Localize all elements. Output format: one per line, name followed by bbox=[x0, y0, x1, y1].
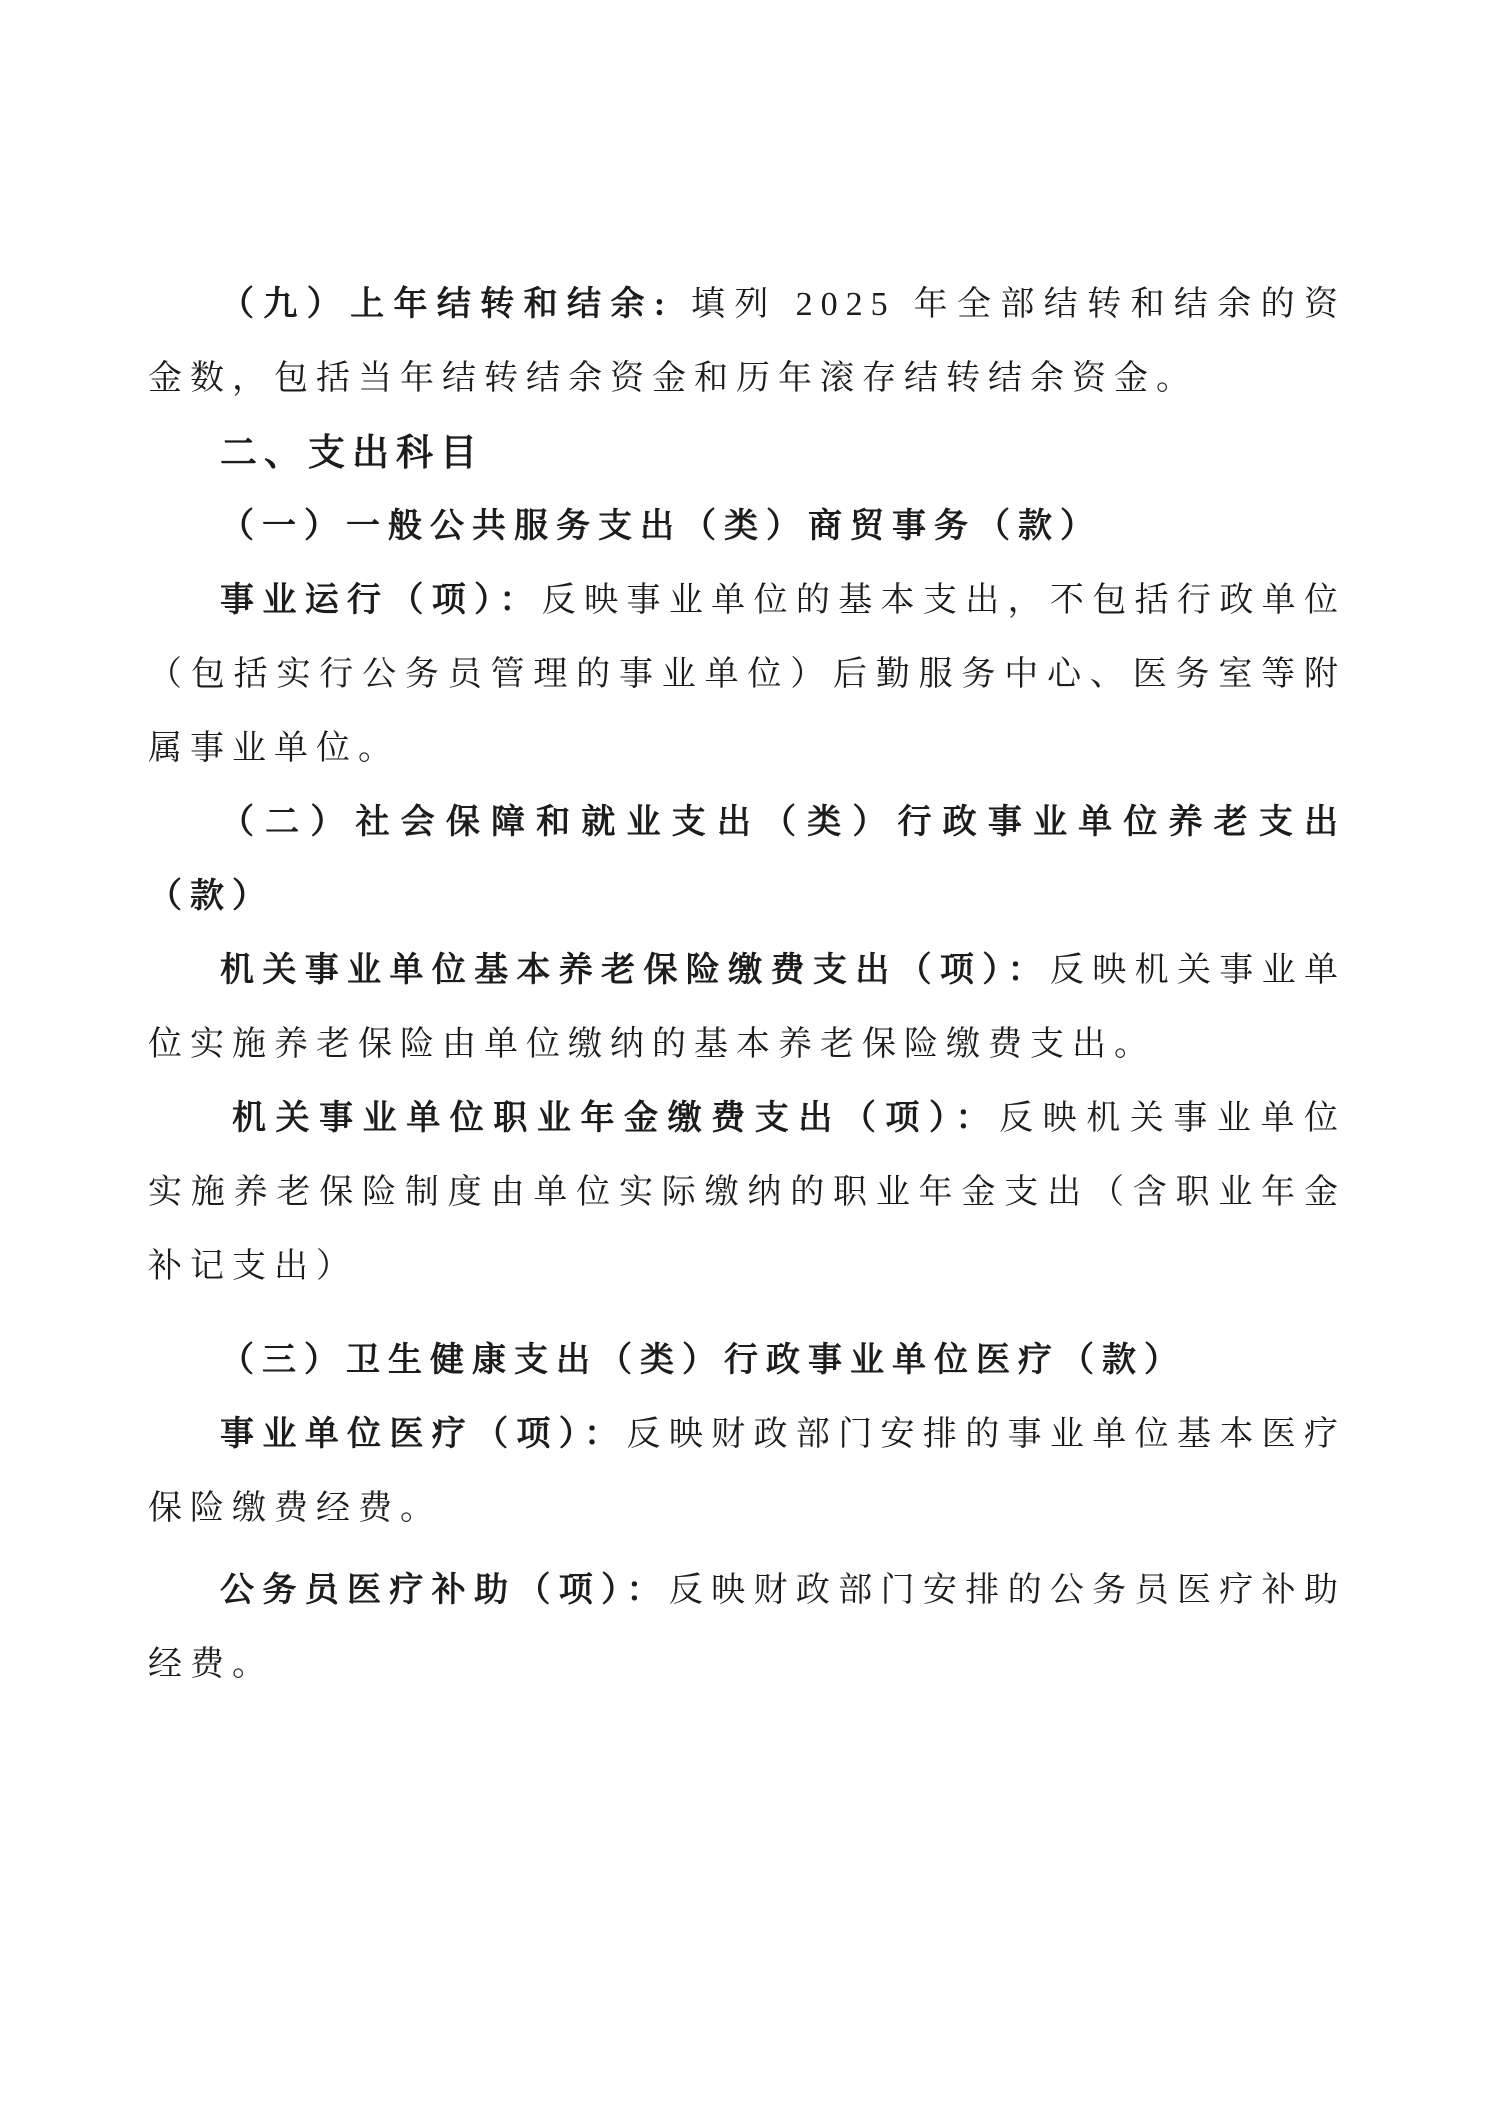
paragraph-lead-bold: （二）社会保障和就业支出（类）行政事业单位养老支出（款） bbox=[148, 804, 1346, 915]
paragraph-lead-bold: （三）卫生健康支出（类）行政事业单位医疗（款） bbox=[220, 1342, 1186, 1379]
paragraph-lead-bold: 机关事业单位基本养老保险缴费支出（项）： bbox=[220, 952, 1050, 989]
paragraph-lead-bold: （一）一般公共服务支出（类）商贸事务（款） bbox=[220, 508, 1102, 545]
paragraph-lead-bold: 事业运行（项）： bbox=[220, 582, 542, 619]
paragraph-heading: （三）卫生健康支出（类）行政事业单位医疗（款） bbox=[148, 1324, 1346, 1398]
paragraph-lead-bold: （九）上年结转和结余: bbox=[220, 286, 673, 323]
section-title: 二、支出科目 bbox=[148, 416, 1346, 490]
paragraph-heading: （二）社会保障和就业支出（类）行政事业单位养老支出（款） bbox=[148, 786, 1346, 934]
paragraph: 事业运行（项）：反映事业单位的基本支出，不包括行政单位（包括实行公务员管理的事业… bbox=[148, 564, 1346, 786]
paragraph: 机关事业单位基本养老保险缴费支出（项）：反映机关事业单位实施养老保险由单位缴纳的… bbox=[148, 934, 1346, 1082]
paragraph-lead-bold: 二、支出科目 bbox=[220, 432, 484, 473]
paragraph-lead-bold: 公务员医疗补助（项）： bbox=[220, 1572, 669, 1609]
document-page: （九）上年结转和结余: 填列 2025 年全部结转和结余的资金数，包括当年结转结… bbox=[0, 0, 1486, 2103]
paragraph-lead-bold: 机关事业单位职业年金缴费支出（项）： bbox=[232, 1100, 999, 1137]
paragraph-heading: （一）一般公共服务支出（类）商贸事务（款） bbox=[148, 490, 1346, 564]
paragraph: 公务员医疗补助（项）：反映财政部门安排的公务员医疗补助经费。 bbox=[148, 1554, 1346, 1702]
paragraph-lead-bold: 事业单位医疗（项）： bbox=[220, 1416, 626, 1453]
paragraph: （九）上年结转和结余: 填列 2025 年全部结转和结余的资金数，包括当年结转结… bbox=[148, 268, 1346, 416]
document-body: （九）上年结转和结余: 填列 2025 年全部结转和结余的资金数，包括当年结转结… bbox=[148, 268, 1346, 1702]
paragraph: 机关事业单位职业年金缴费支出（项）：反映机关事业单位实施养老保险制度由单位实际缴… bbox=[148, 1082, 1346, 1304]
paragraph: 事业单位医疗（项）：反映财政部门安排的事业单位基本医疗保险缴费经费。 bbox=[148, 1398, 1346, 1546]
